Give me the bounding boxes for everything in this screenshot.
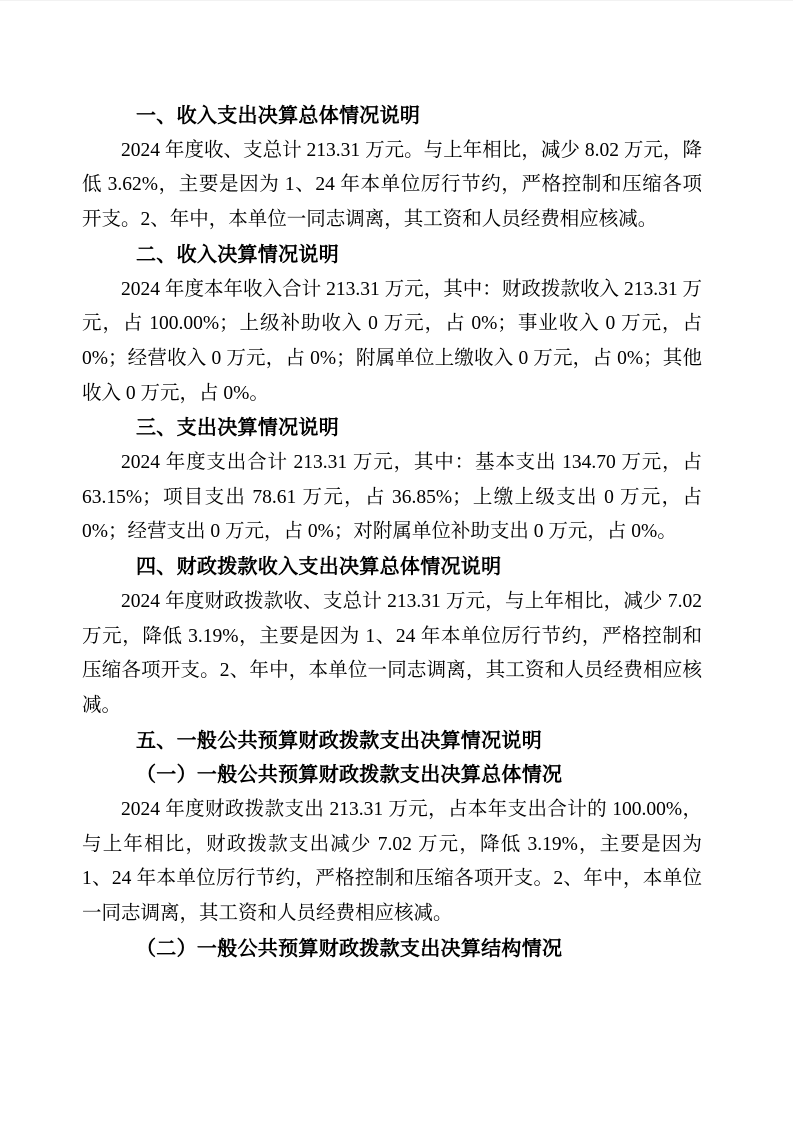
section-paragraph-fiscal-appropriation-overall: 2024 年度财政拨款收、支总计 213.31 万元，与上年相比，减少 7.02… <box>82 585 702 724</box>
subsection-paragraph-public-budget-overall: 2024 年度财政拨款支出 213.31 万元，占本年支出合计的 100.00%… <box>82 793 702 932</box>
section-heading-fiscal-appropriation-overall: 四、财政拨款收入支出决算总体情况说明 <box>82 550 702 585</box>
section-paragraph-income-accounts: 2024 年度本年收入合计 213.31 万元，其中：财政拨款收入 213.31… <box>82 273 702 412</box>
section-heading-income-expenditure-overall: 一、收入支出决算总体情况说明 <box>82 99 702 134</box>
section-heading-income-accounts: 二、收入决算情况说明 <box>82 238 702 273</box>
section-paragraph-expenditure-accounts: 2024 年度支出合计 213.31 万元，其中：基本支出 134.70 万元，… <box>82 446 702 550</box>
section-heading-expenditure-accounts: 三、支出决算情况说明 <box>82 411 702 446</box>
document-page: 一、收入支出决算总体情况说明 2024 年度收、支总计 213.31 万元。与上… <box>0 0 793 1122</box>
section-heading-public-budget-expenditure: 五、一般公共预算财政拨款支出决算情况说明 <box>82 724 702 759</box>
subsection-heading-public-budget-structure: （二）一般公共预算财政拨款支出决算结构情况 <box>82 932 702 967</box>
section-paragraph-income-expenditure-overall: 2024 年度收、支总计 213.31 万元。与上年相比，减少 8.02 万元，… <box>82 134 702 238</box>
subsection-heading-public-budget-overall: （一）一般公共预算财政拨款支出决算总体情况 <box>82 758 702 793</box>
